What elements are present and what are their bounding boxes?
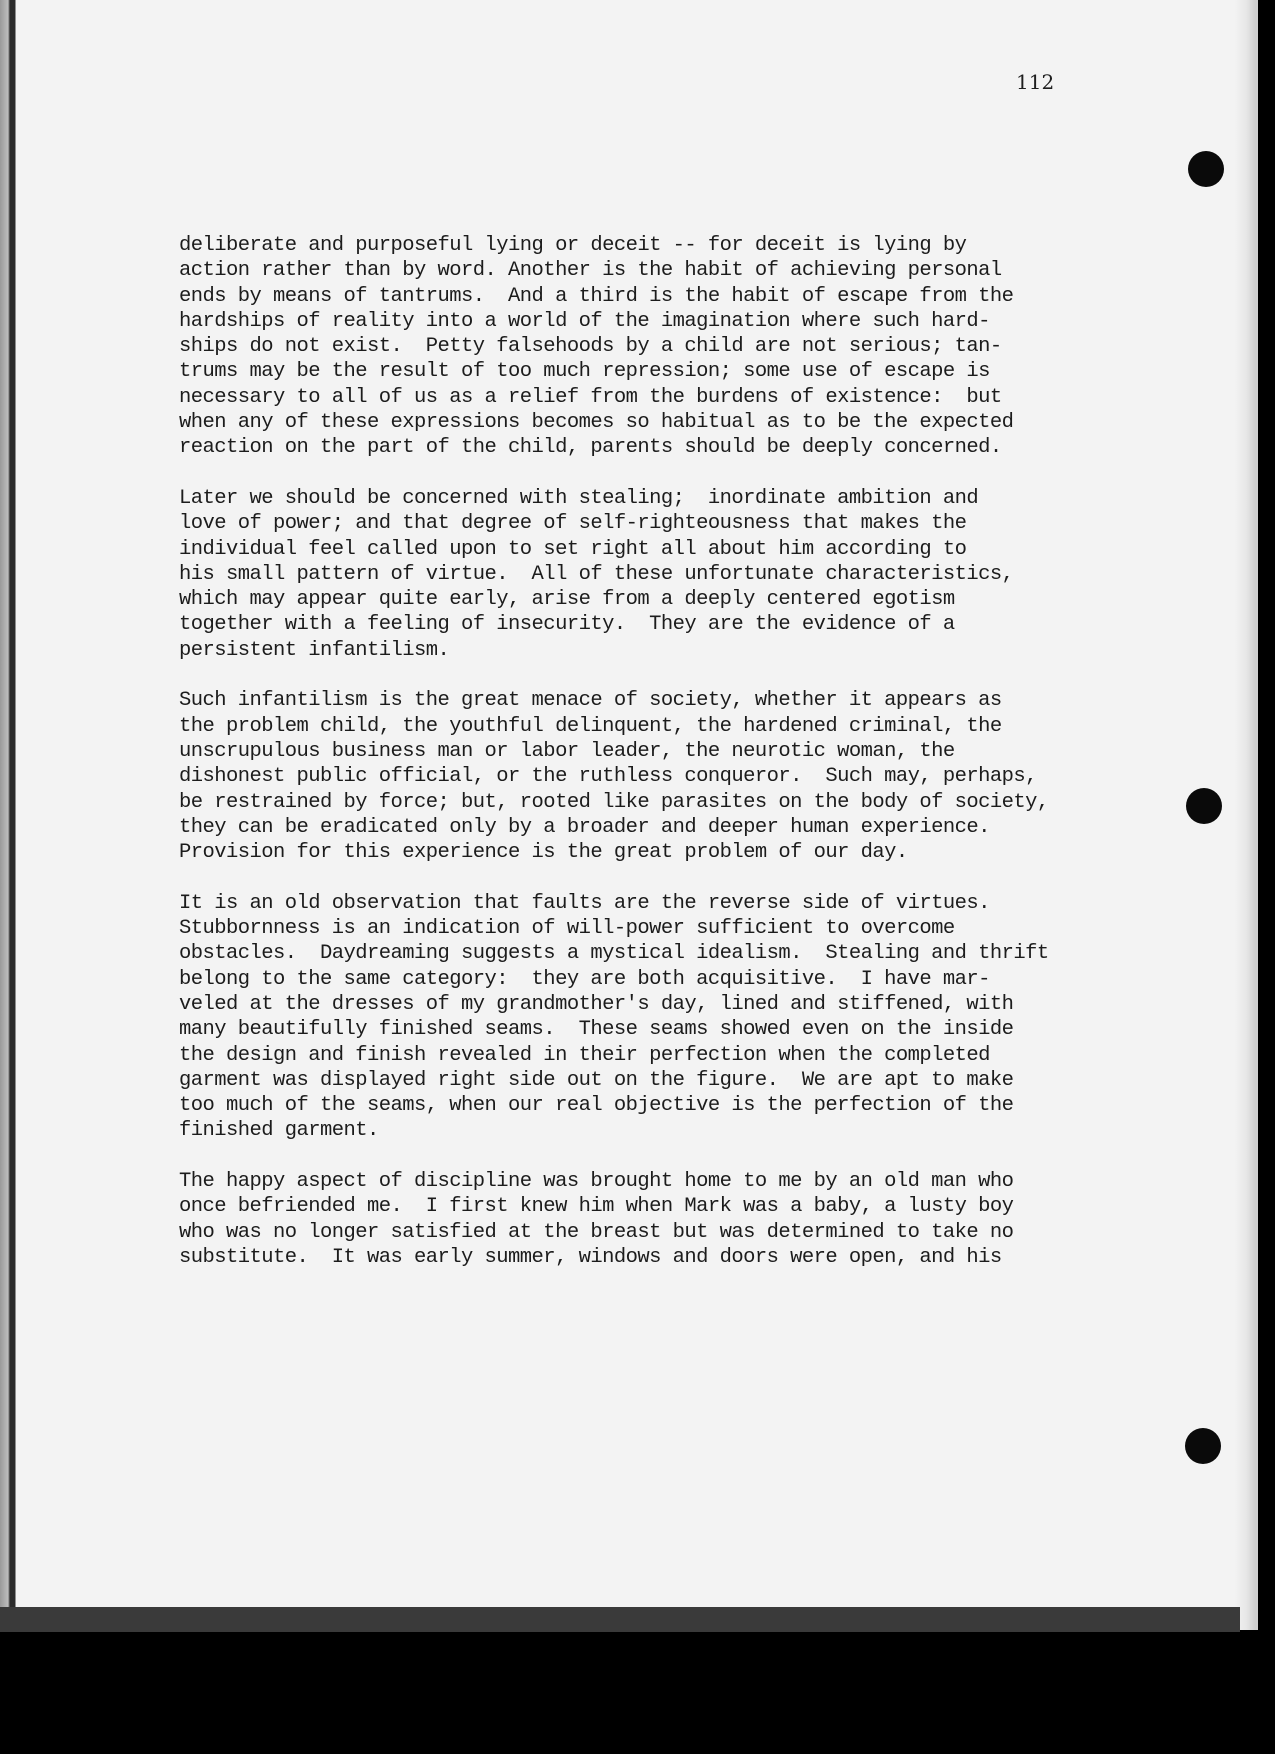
- text-line: action rather than by word. Another is t…: [179, 258, 1179, 283]
- paragraph: deliberate and purposeful lying or decei…: [179, 233, 1179, 461]
- text-line: persistent infantilism.: [179, 638, 1179, 663]
- text-line: belong to the same category: they are bo…: [179, 967, 1179, 992]
- text-line: It is an old observation that faults are…: [179, 891, 1179, 916]
- text-line: love of power; and that degree of self-r…: [179, 511, 1179, 536]
- text-line: Such infantilism is the great menace of …: [179, 688, 1179, 713]
- scan-bottom-edge: [0, 1607, 1240, 1632]
- text-line: substitute. It was early summer, windows…: [179, 1245, 1179, 1270]
- text-line: finished garment.: [179, 1118, 1179, 1143]
- text-line: trums may be the result of too much repr…: [179, 359, 1179, 384]
- text-line: deliberate and purposeful lying or decei…: [179, 233, 1179, 258]
- text-line: Stubbornness is an indication of will-po…: [179, 916, 1179, 941]
- text-line: which may appear quite early, arise from…: [179, 587, 1179, 612]
- text-line: individual feel called upon to set right…: [179, 537, 1179, 562]
- text-line: Later we should be concerned with steali…: [179, 486, 1179, 511]
- text-line: his small pattern of virtue. All of thes…: [179, 562, 1179, 587]
- paragraph: The happy aspect of discipline was broug…: [179, 1169, 1179, 1270]
- text-line: ships do not exist. Petty falsehoods by …: [179, 334, 1179, 359]
- text-line: when any of these expressions becomes so…: [179, 410, 1179, 435]
- text-line: together with a feeling of insecurity. T…: [179, 612, 1179, 637]
- text-line: veled at the dresses of my grandmother's…: [179, 992, 1179, 1017]
- text-line: Provision for this experience is the gre…: [179, 840, 1179, 865]
- text-line: unscrupulous business man or labor leade…: [179, 739, 1179, 764]
- text-line: many beautifully finished seams. These s…: [179, 1017, 1179, 1042]
- text-line: dishonest public official, or the ruthle…: [179, 764, 1179, 789]
- text-line: reaction on the part of the child, paren…: [179, 435, 1179, 460]
- text-line: ends by means of tantrums. And a third i…: [179, 284, 1179, 309]
- text-line: necessary to all of us as a relief from …: [179, 385, 1179, 410]
- text-line: once befriended me. I first knew him whe…: [179, 1194, 1179, 1219]
- paragraph: Later we should be concerned with steali…: [179, 486, 1179, 663]
- punch-hole-top: [1188, 151, 1224, 187]
- document-page: 112 deliberate and purposeful lying or d…: [0, 0, 1258, 1612]
- punch-hole-middle: [1186, 788, 1222, 824]
- text-line: they can be eradicated only by a broader…: [179, 815, 1179, 840]
- punch-hole-bottom: [1185, 1428, 1221, 1464]
- text-line: obstacles. Daydreaming suggests a mystic…: [179, 941, 1179, 966]
- text-line: who was no longer satisfied at the breas…: [179, 1220, 1179, 1245]
- text-line: garment was displayed right side out on …: [179, 1068, 1179, 1093]
- text-line: the design and finish revealed in their …: [179, 1043, 1179, 1068]
- text-line: be restrained by force; but, rooted like…: [179, 790, 1179, 815]
- paragraph: It is an old observation that faults are…: [179, 891, 1179, 1144]
- scan-left-edge: [0, 0, 16, 1612]
- body-text: deliberate and purposeful lying or decei…: [179, 233, 1179, 1295]
- scan-right-edge: [1235, 0, 1258, 1630]
- page-number: 112: [1016, 70, 1054, 94]
- text-line: the problem child, the youthful delinque…: [179, 714, 1179, 739]
- text-line: hardships of reality into a world of the…: [179, 309, 1179, 334]
- text-line: too much of the seams, when our real obj…: [179, 1093, 1179, 1118]
- text-line: The happy aspect of discipline was broug…: [179, 1169, 1179, 1194]
- paragraph: Such infantilism is the great menace of …: [179, 688, 1179, 865]
